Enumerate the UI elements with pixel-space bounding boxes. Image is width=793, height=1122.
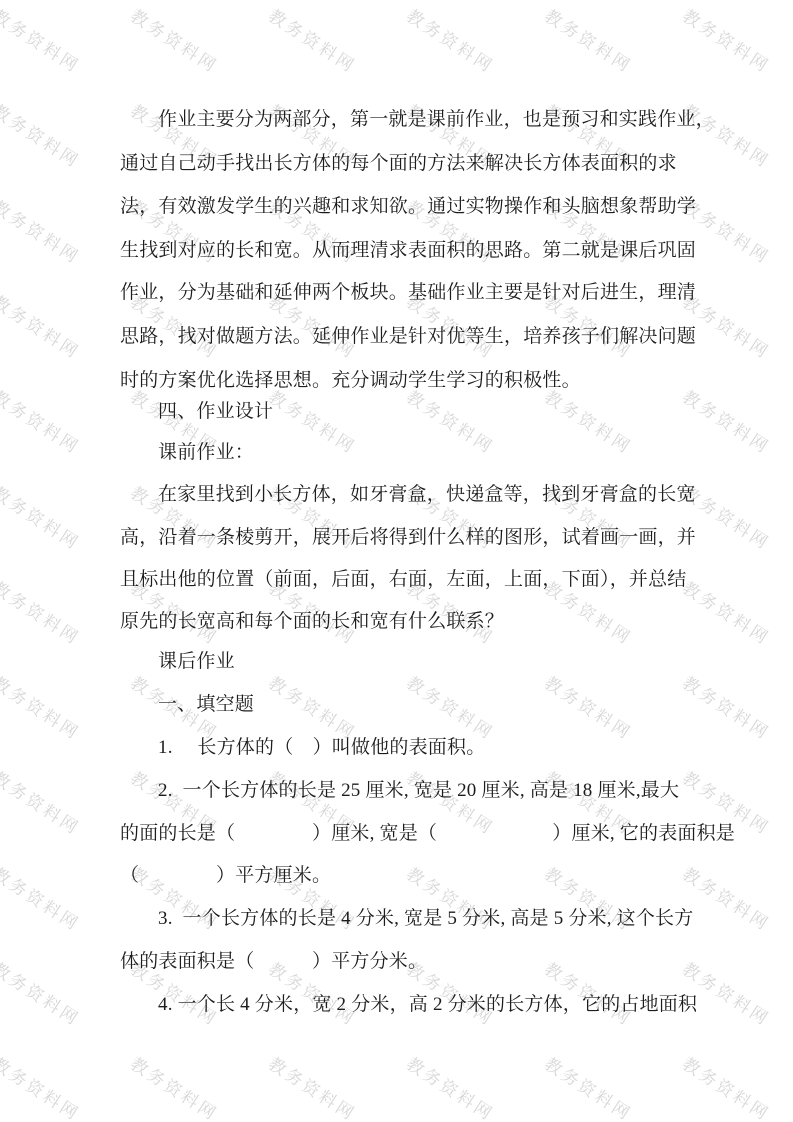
document-page: 教务资料网教务资料网教务资料网教务资料网教务资料网教务资料网教务资料网教务资料网… (0, 0, 793, 1122)
section-heading: 课后作业 (120, 650, 235, 674)
text-line: 时的方案优化选择思想。充分调动学生学习的积极性。 (120, 369, 581, 393)
question-line: 体的表面积是（ ）平方分米。 (120, 950, 427, 974)
text-line: 且标出他的位置（前面，后面，右面，左面，上面，下面），并总结 (120, 568, 687, 592)
text-line: 作业，分为基础和延伸两个板块。基础作业主要是针对后进生，理清 (120, 281, 696, 305)
text-line: 生找到对应的长和宽。从而理清求表面积的思路。第二就是课后巩固 (120, 239, 696, 263)
text-line: 在家里找到小长方体，如牙膏盒，快递盒等，找到牙膏盒的长宽 (120, 483, 696, 507)
section-heading: 一、填空题 (120, 693, 254, 717)
question-line: 3. 一个长方体的长是 4 分米, 宽是 5 分米, 高是 5 分米, 这个长方 (120, 907, 693, 931)
text-line: 通过自己动手找出长方体的每个面的方法来解决长方体表面积的求 (120, 152, 677, 176)
text-line: 思路，找对做题方法。延伸作业是针对优等生，培养孩子们解决问题 (120, 325, 696, 349)
text-line: 高，沿着一条棱剪开，展开后将得到什么样的图形，试着画一画，并 (120, 526, 696, 550)
text-line: 法，有效激发学生的兴趣和求知欲。通过实物操作和头脑想象帮助学 (120, 195, 696, 219)
text-line: 原先的长宽高和每个面的长和宽有什么联系？ (120, 610, 504, 634)
section-heading: 四、作业设计 (120, 400, 273, 424)
document-text: 作业主要分为两部分，第一就是课前作业，也是预习和实践作业， 通过自己动手找出长方… (0, 0, 793, 1122)
question-line: 2. 一个长方体的长是 25 厘米, 宽是 20 厘米, 高是 18 厘米,最大 (120, 779, 679, 803)
section-heading: 课前作业： (120, 441, 254, 465)
question-line: 1. 长方体的（ ）叫做他的表面积。 (120, 736, 485, 760)
question-line: （ ）平方厘米。 (120, 864, 331, 888)
text-line: 作业主要分为两部分，第一就是课前作业，也是预习和实践作业， (120, 108, 715, 132)
question-line: 的面的长是（ ）厘米, 宽是（ ）厘米, 它的表面积是 (120, 822, 735, 846)
question-line: 4. 一个长 4 分米，宽 2 分米，高 2 分米的长方体，它的占地面积 (120, 993, 697, 1017)
